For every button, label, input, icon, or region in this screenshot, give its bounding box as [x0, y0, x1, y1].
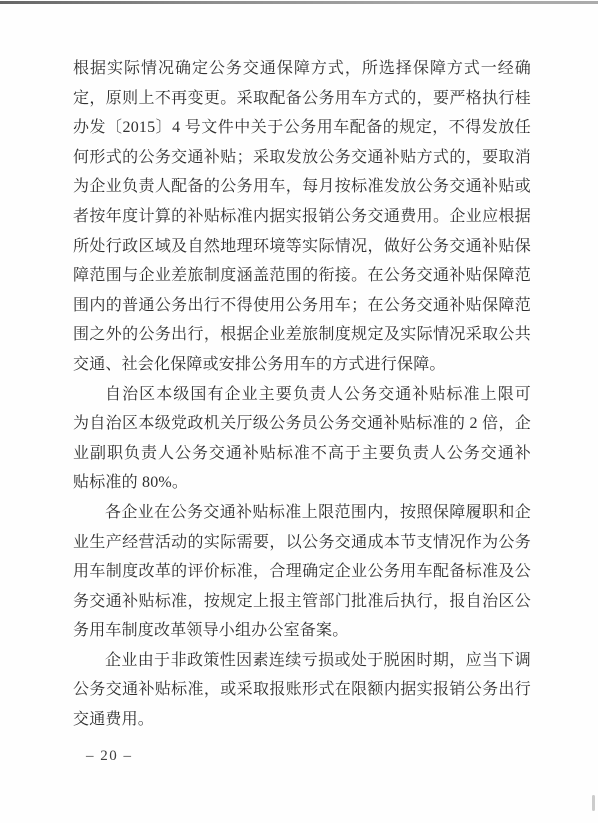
document-body-text: 根据实际情况确定公务交通保障方式，所选择保障方式一经确 定，原则上不再变更。采取… — [73, 54, 531, 735]
text-line: 围之外的公务出行，根据企业差旅制度规定及实际情况采取公共 — [73, 320, 531, 350]
text-line: 所处行政区域及自然地理环境等实际情况，做好公务交通补贴保 — [73, 232, 531, 262]
text-line-paragraph-end: 务用车制度改革领导小组办公室备案。 — [73, 616, 531, 646]
text-line: 用车制度改革的评价标准，合理确定企业公务用车配备标准及公 — [73, 557, 531, 587]
scanned-document-page: 根据实际情况确定公务交通保障方式，所选择保障方式一经确 定，原则上不再变更。采取… — [0, 0, 598, 823]
text-line-paragraph-end: 贴标准的 80%。 — [73, 468, 531, 498]
text-line: 公务交通补贴标准，或采取报账形式在限额内据实报销公务出行 — [73, 675, 531, 705]
text-line: 为企业负责人配备的公务用车，每月按标准发放公务交通补贴或 — [73, 172, 531, 202]
text-line-paragraph-start: 各企业在公务交通补贴标准上限范围内，按照保障履职和企 — [73, 498, 531, 528]
scan-artifact-smudge — [592, 795, 595, 811]
scan-artifact-top-edge — [0, 1, 598, 4]
text-line-paragraph-end: 交通、社会化保障或安排公务用车的方式进行保障。 — [73, 350, 531, 380]
text-line: 围内的普通公务出行不得使用公务用车；在公务交通补贴保障范 — [73, 291, 531, 321]
text-line-paragraph-start: 自治区本级国有企业主要负责人公务交通补贴标准上限可 — [73, 380, 531, 410]
text-line-paragraph-start: 企业由于非政策性因素连续亏损或处于脱困时期，应当下调 — [73, 646, 531, 676]
text-line: 务交通补贴标准，按规定上报主管部门批准后执行，报自治区公 — [73, 587, 531, 617]
text-line: 业副职负责人公务交通补贴标准不高于主要负责人公务交通补 — [73, 439, 531, 469]
text-line: 根据实际情况确定公务交通保障方式，所选择保障方式一经确 — [73, 54, 531, 84]
text-line: 障范围与企业差旅制度涵盖范围的衔接。在公务交通补贴保障范 — [73, 261, 531, 291]
text-line: 办发〔2015〕4 号文件中关于公务用车配备的规定，不得发放任 — [73, 113, 531, 143]
page-number: – 20 – — [86, 746, 133, 766]
text-line: 何形式的公务交通补贴；采取发放公务交通补贴方式的，要取消 — [73, 143, 531, 173]
text-line-paragraph-end: 交通费用。 — [73, 705, 531, 735]
text-line: 为自治区本级党政机关厅级公务员公务交通补贴标准的 2 倍，企 — [73, 409, 531, 439]
text-line: 定，原则上不再变更。采取配备公务用车方式的，要严格执行桂 — [73, 84, 531, 114]
text-line: 者按年度计算的补贴标准内据实报销公务交通费用。企业应根据 — [73, 202, 531, 232]
text-line: 业生产经营活动的实际需要，以公务交通成本节支情况作为公务 — [73, 528, 531, 558]
